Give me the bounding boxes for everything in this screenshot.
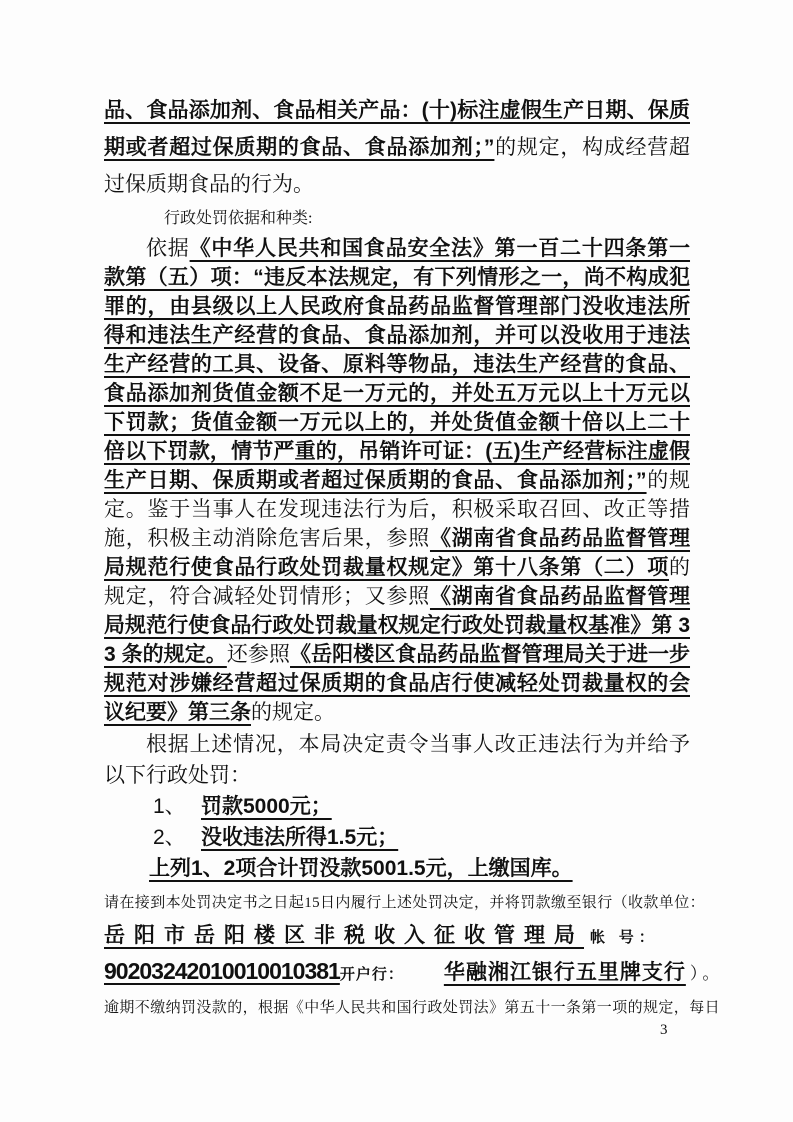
section-heading: 行政处罚依据和种类: bbox=[104, 208, 690, 230]
payment-section: 请在接到本处罚决定书之日起15日内履行上述处罚决定，并将罚款缴至银行（收款单位：… bbox=[104, 892, 690, 1020]
penalty-total-text: 上列1、2项合计罚没款5001.5元，上缴国库。 bbox=[149, 857, 585, 880]
penalty-item-2: 2、没收违法所得1.5元； bbox=[153, 822, 690, 853]
payment-intro-line: 请在接到本处罚决定书之日起15日内履行上述处罚决定，并将罚款缴至银行（收款单位： bbox=[104, 892, 690, 915]
document-page: 品、食品添加剂、食品相关产品：(十)标注虚假生产日期、保质期或者超过保质期的食品… bbox=[0, 0, 793, 1122]
legal-citation-food-safety-law: 《中华人民共和国食品安全法》第一百二十四条第一款第（五）项：“违反本法规定，有下… bbox=[104, 237, 690, 492]
payee-line: 岳阳市岳阳楼区非税收入征收管理局帐 号： bbox=[104, 919, 690, 953]
penalty-item-2-number: 2、 bbox=[153, 823, 201, 853]
penalty-total-line: 上列1、2项合计罚没款5001.5元，上缴国库。 bbox=[149, 853, 690, 884]
penalty-item-1-number: 1、 bbox=[153, 792, 201, 822]
paragraph-continuation: 品、食品添加剂、食品相关产品：(十)标注虚假生产日期、保质期或者超过保质期的食品… bbox=[104, 92, 690, 202]
paragraph-legal-basis: 依据《中华人民共和国食品安全法》第一百二十四条第一款第（五）项：“违反本法规定，… bbox=[104, 234, 690, 727]
account-number-label: 帐 号： bbox=[590, 930, 659, 946]
legal-run-closing: 的规定。 bbox=[251, 700, 335, 724]
account-number-value: 90203242010010010381 bbox=[104, 958, 340, 984]
penalty-item-1-text: 罚款5000元； bbox=[201, 795, 344, 818]
legal-run-further-refer: 还参照 bbox=[227, 642, 290, 666]
bank-name: 华融湘江银行五里牌支行 bbox=[444, 961, 690, 984]
legal-run-intro: 依据 bbox=[146, 236, 190, 260]
page-number: 3 bbox=[660, 1022, 668, 1039]
bank-label: 开户行： bbox=[340, 967, 404, 983]
penalty-item-1: 1、罚款5000元； bbox=[153, 791, 690, 822]
penalty-item-2-text: 没收违法所得1.5元； bbox=[201, 826, 410, 849]
account-line: 90203242010010010381开户行：华融湘江银行五里牌支行）。 bbox=[104, 953, 690, 989]
payee-name: 岳阳市岳阳楼区非税收入征收管理局 bbox=[104, 924, 590, 947]
overdue-note-line: 逾期不缴纳罚没款的，根据《中华人民共和国行政处罚法》第五十一条第一项的规定，每日 bbox=[104, 997, 690, 1020]
closing-bracket: ）。 bbox=[690, 964, 724, 983]
paragraph-decision-intro: 根据上述情况，本局决定责令当事人改正违法行为并给予以下行政处罚： bbox=[104, 729, 690, 791]
